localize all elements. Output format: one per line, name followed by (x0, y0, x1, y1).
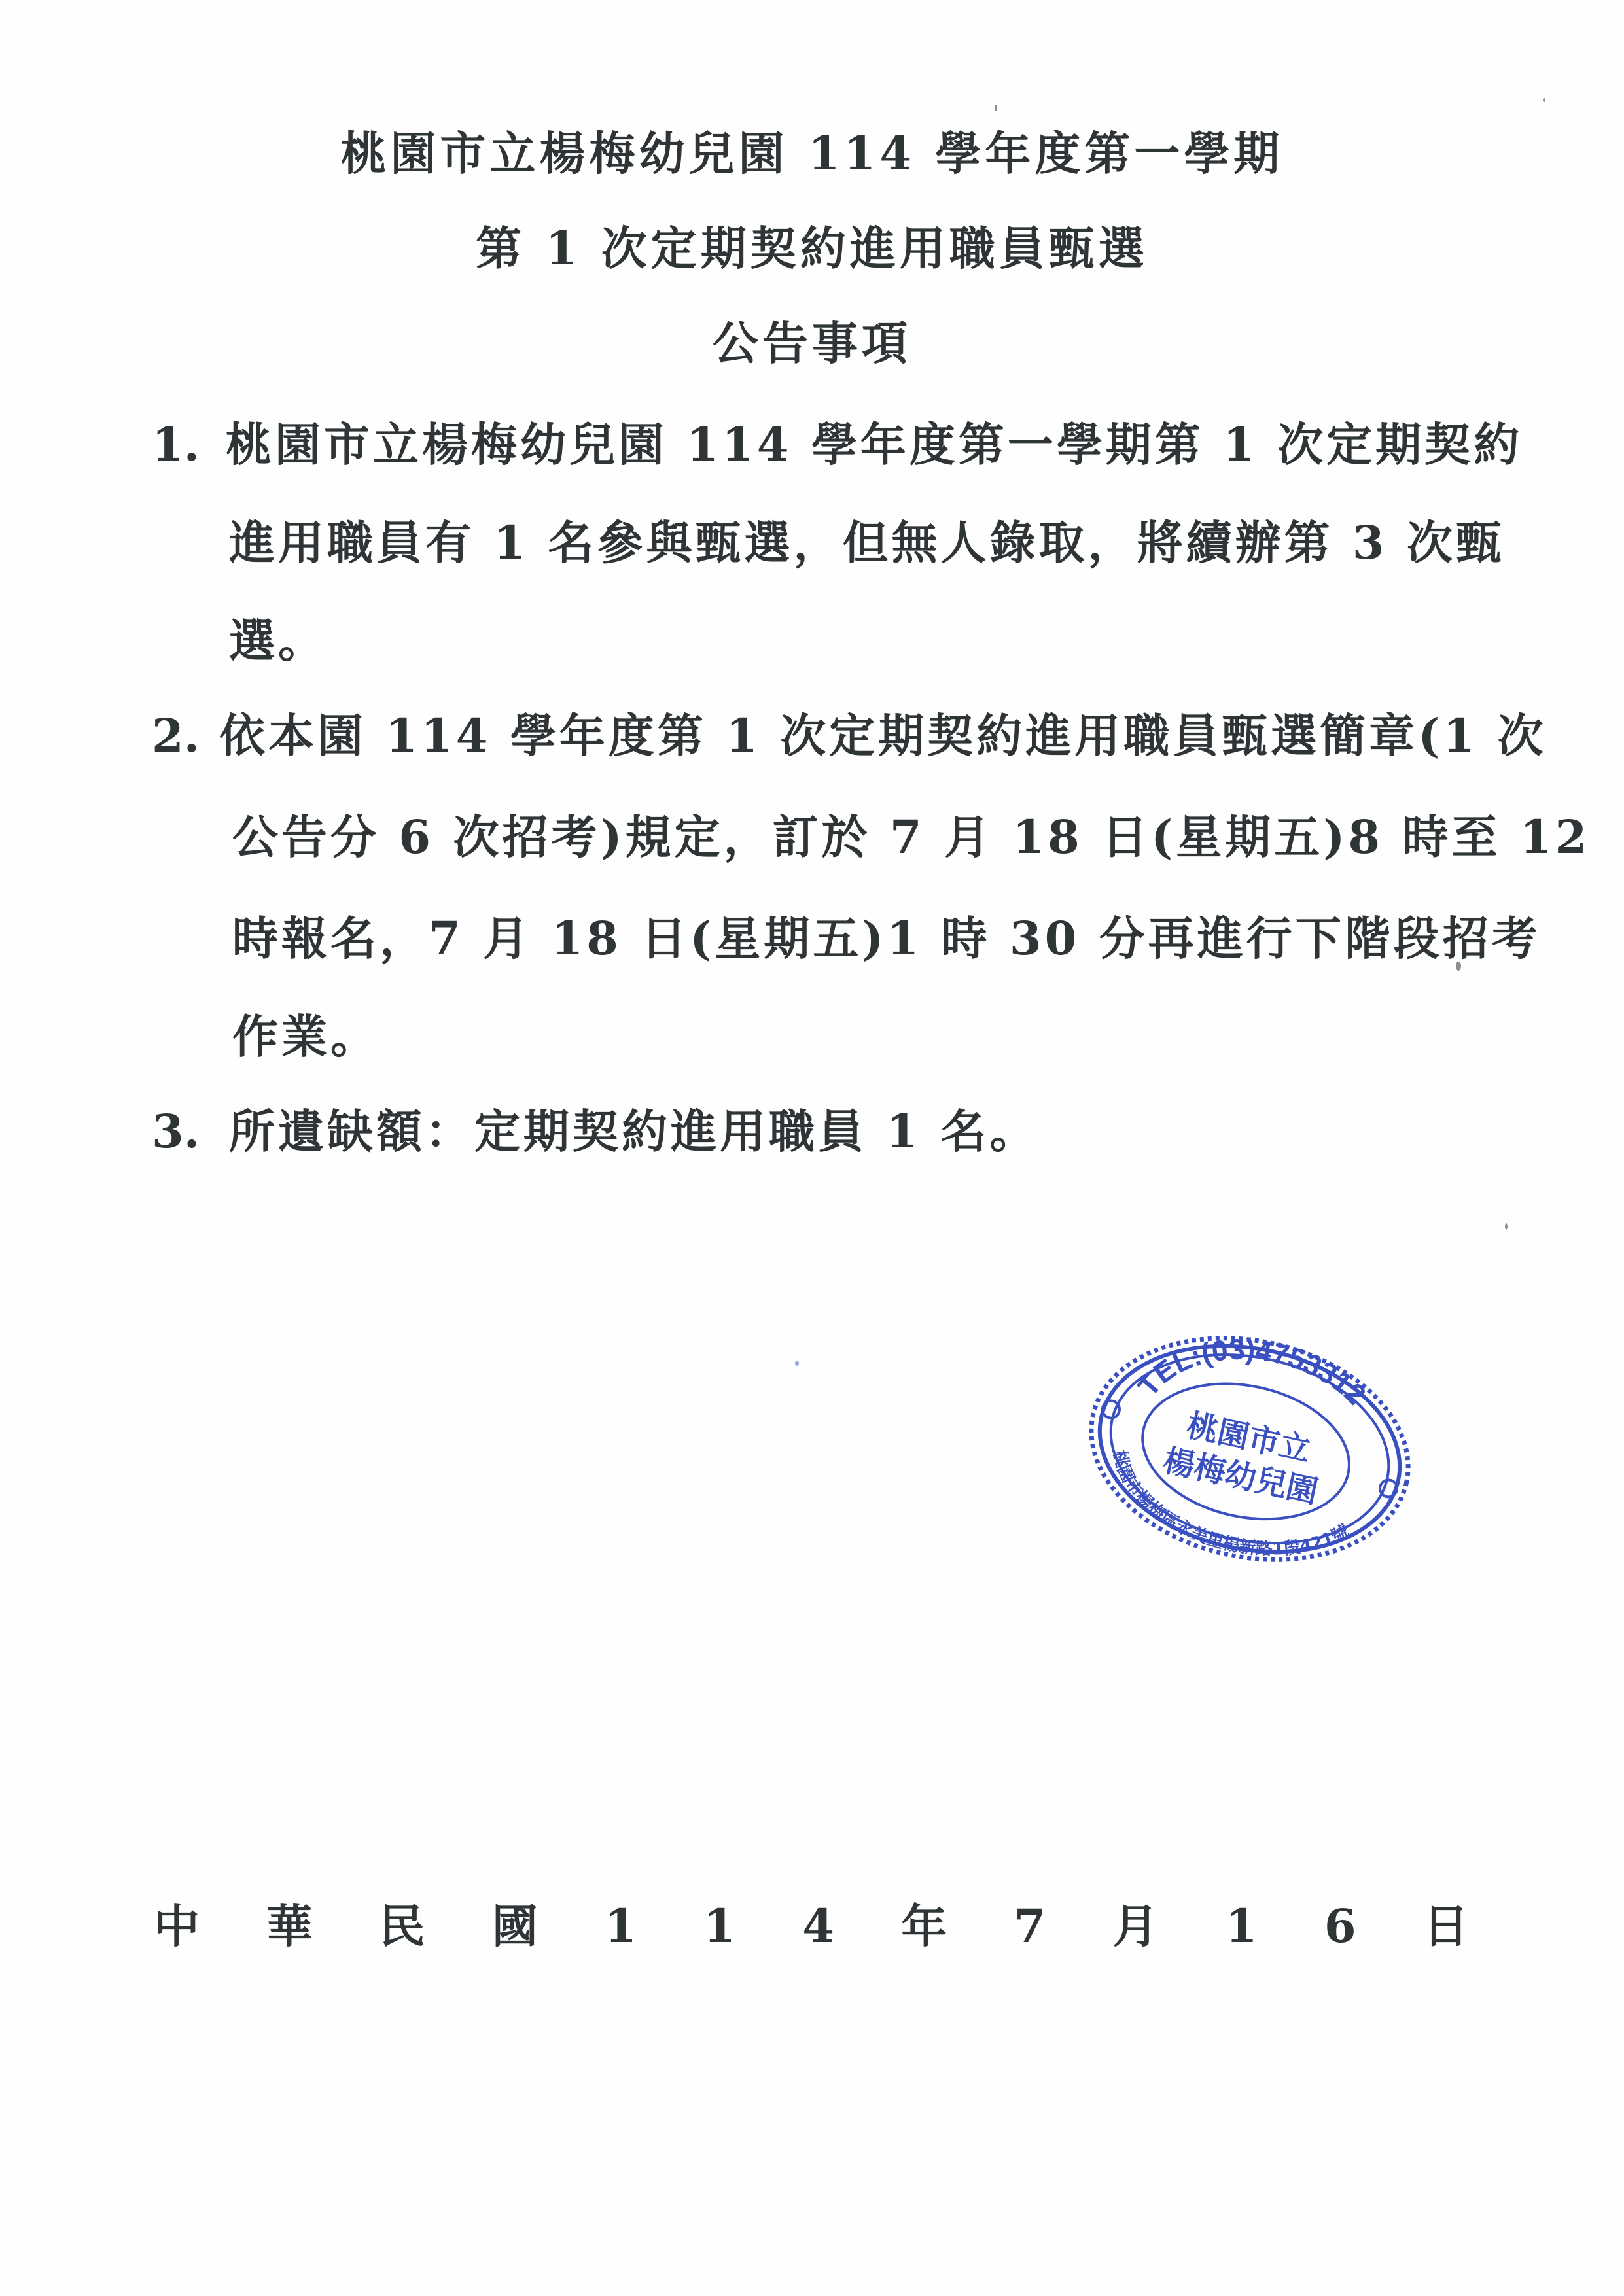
official-seal-stamp: TEL:(03)4753312 桃園市楊梅區永美里楊新路1段421號 桃園市立 … (1080, 1328, 1420, 1570)
scan-speck (995, 105, 997, 111)
item-1-line-1: 桃園市立楊梅幼兒園 114 學年度第一學期第 1 次定期契約 (226, 412, 1523, 478)
item-2-line-4: 作業。 (232, 1004, 380, 1070)
date-char: 中 (154, 1894, 200, 1959)
item-3-line-1: 所遺缺額：定期契約進用職員 1 名。 (229, 1099, 1038, 1164)
date-char: 華 (266, 1894, 312, 1959)
title-line-1: 桃園市立楊梅幼兒園 114 學年度第一學期 (0, 121, 1624, 186)
date-char: 日 (1423, 1894, 1469, 1959)
date-char: 民 (380, 1894, 425, 1959)
item-1-line-3: 選。 (229, 608, 327, 674)
date-row: 中 華 民 國 1 1 4 年 7 月 1 6 日 (154, 1894, 1469, 1959)
date-char: 國 (492, 1894, 538, 1959)
item-1-line-2: 進用職員有 1 名參與甄選，但無人錄取，將續辦第 3 次甄 (229, 510, 1505, 576)
date-char: 1 (703, 1894, 735, 1959)
date-char: 1 (605, 1894, 637, 1959)
scan-speck (1456, 962, 1461, 971)
title-line-2: 第 1 次定期契約進用職員甄選 (0, 216, 1624, 281)
item-2-line-1: 依本園 114 學年度第 1 次定期契約進用職員甄選簡章(1 次 (219, 703, 1547, 769)
item-2-line-3: 時報名，7 月 18 日(星期五)1 時 30 分再進行下階段招考 (232, 906, 1541, 971)
item-2-line-2: 公告分 6 次招考)規定，訂於 7 月 18 日(星期五)8 時至 12 (232, 805, 1590, 870)
date-char: 6 (1324, 1894, 1356, 1959)
item-1-number: 1. (152, 412, 200, 478)
title-line-3: 公告事項 (0, 311, 1624, 376)
scan-speck (1543, 98, 1545, 102)
item-3-number: 3. (152, 1099, 200, 1164)
scanned-document-page: 桃園市立楊梅幼兒園 114 學年度第一學期 第 1 次定期契約進用職員甄選 公告… (0, 0, 1624, 2296)
date-char: 1 (1226, 1894, 1258, 1959)
seal-icon: TEL:(03)4753312 桃園市楊梅區永美里楊新路1段421號 桃園市立 … (1080, 1328, 1420, 1570)
date-char: 7 (1014, 1894, 1046, 1959)
item-2-number: 2. (152, 703, 200, 769)
date-char: 年 (901, 1894, 947, 1959)
date-char: 月 (1113, 1894, 1159, 1959)
date-char: 4 (802, 1894, 834, 1959)
scan-speck (1505, 1223, 1508, 1230)
scan-speck (795, 1361, 799, 1366)
